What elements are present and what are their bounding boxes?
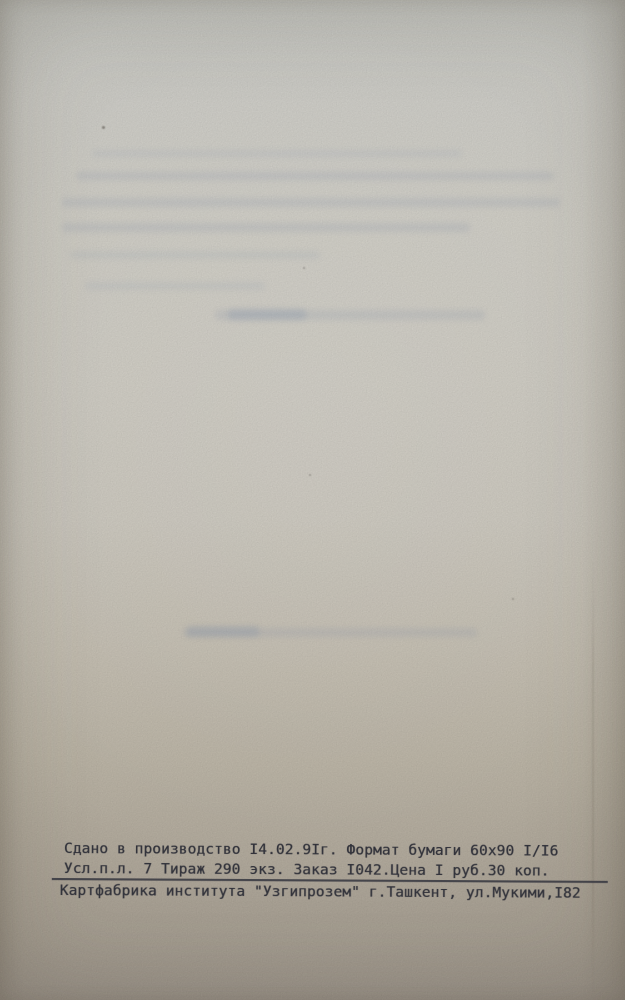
scanned-page: Сдано в производство I4.02.9Iг. Формат б…	[0, 0, 625, 1000]
ghost-text-smudge	[76, 172, 554, 180]
colophon-block: Сдано в производство I4.02.9Iг. Формат б…	[0, 838, 625, 921]
colophon-line-printing-house: Картфабрика института "Узгипрозем" г.Таш…	[60, 882, 581, 904]
paper-speck	[303, 267, 305, 269]
paper-speck	[512, 598, 514, 600]
ghost-text-smudge	[70, 251, 320, 259]
paper-speck	[309, 474, 311, 476]
ghost-text-smudge	[187, 626, 259, 637]
ghost-text-smudge	[92, 150, 462, 157]
ghost-text-smudge	[85, 282, 265, 290]
paper-crease	[592, 560, 594, 1000]
paper-speck	[102, 126, 105, 129]
ghost-text-smudge	[228, 309, 306, 320]
ghost-text-smudge	[62, 223, 470, 232]
ghost-text-smudge	[62, 198, 560, 207]
colophon-line-production-date: Сдано в производство I4.02.9Iг. Формат б…	[64, 840, 559, 862]
